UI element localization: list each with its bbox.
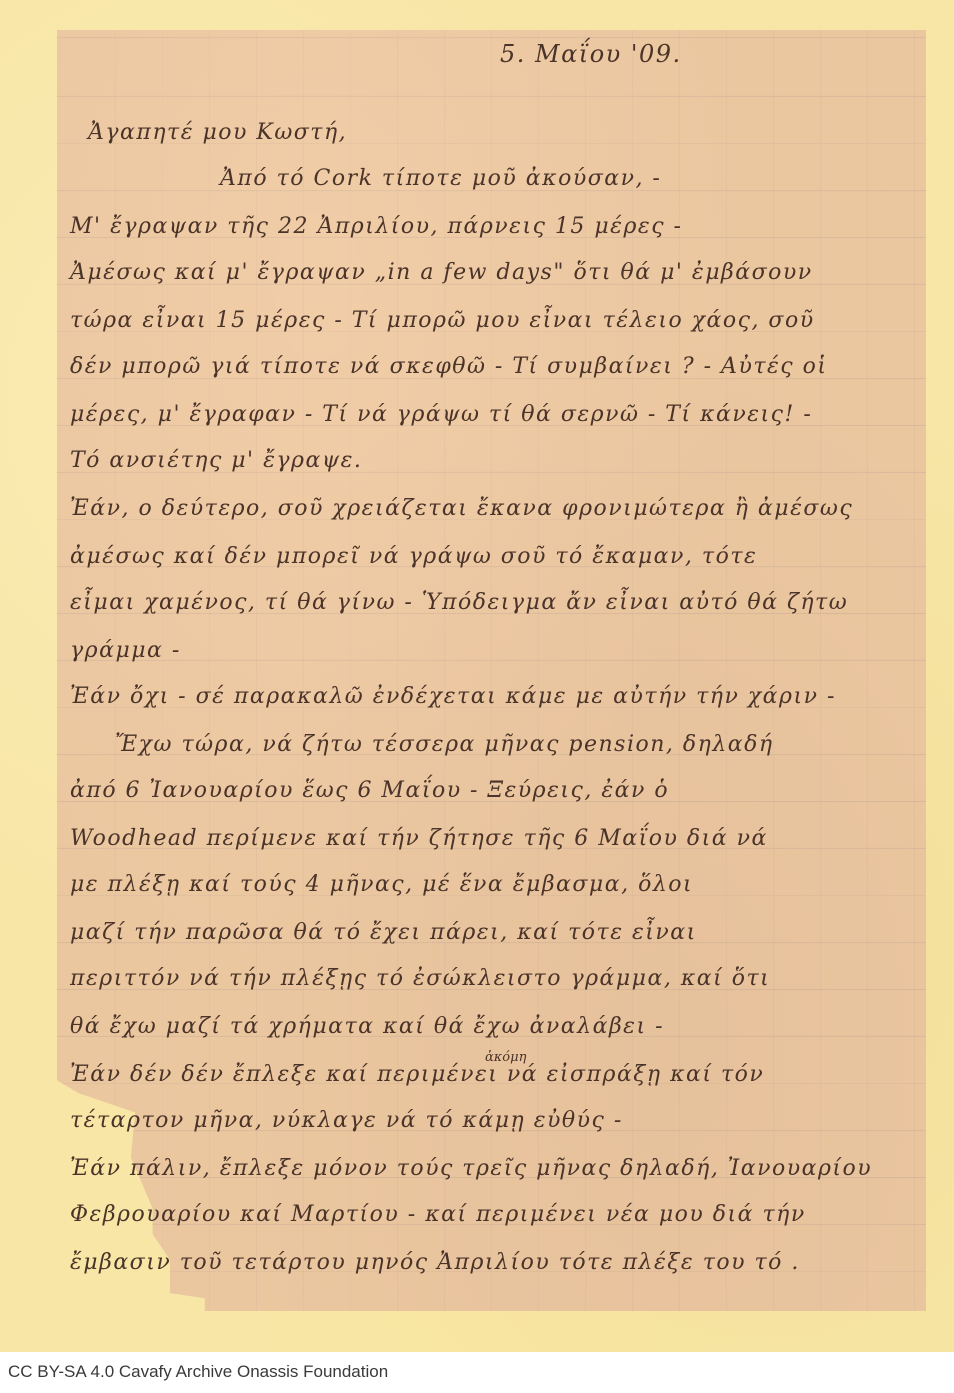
letter-line: Ἐάν πάλιν, ἔπλεξε μόνον τούς τρεῖς μῆνας… bbox=[70, 1158, 872, 1180]
document-viewer: 5. Μαΐου '09. Ἀγαπητέ μου Κωστή, Ἀπό τό … bbox=[0, 0, 954, 1393]
letter-line: γράμμα - bbox=[70, 640, 181, 662]
letter-line: Μ' ἔγραψαν τῆς 22 Ἀπριλίου, πάρνεις 15 μ… bbox=[70, 216, 682, 238]
letter-line: μέρες, μ' ἔγραφαν - Τί νά γράψω τί θά σε… bbox=[70, 404, 812, 426]
letter-line: Ἀπό τό Cork τίποτε μοῦ ἀκούσαν, - bbox=[220, 168, 661, 190]
letter-line: Ἔχω τώρα, νά ζήτω τέσσερα μῆνας pension,… bbox=[115, 734, 774, 756]
letter-line: ἔμβασιν τοῦ τετάρτου μηνός Ἀπριλίου τότε… bbox=[70, 1252, 800, 1274]
letter-line: με πλέξῃ καί τούς 4 μῆνας, μέ ἕνα ἔμβασμ… bbox=[70, 874, 693, 896]
letter-line: Ἐάν δέν δέν ἔπλεξε καί περιμένει νά εἰσπ… bbox=[70, 1064, 764, 1086]
letter-line: εἶμαι χαμένος, τί θά γίνω - Ὑπόδειγμα ἄν… bbox=[70, 592, 848, 614]
letter-line: Woodhead περίμενε καί τήν ζήτησε τῆς 6 Μ… bbox=[70, 828, 768, 850]
letter-line: θά ἔχω μαζί τά χρήματα καί θά ἔχω ἀναλάβ… bbox=[70, 1016, 664, 1038]
letter-line: ἀμέσως καί δέν μπορεῖ νά γράψω σοῦ τό ἔκ… bbox=[70, 546, 757, 568]
license-caption: CC BY-SA 4.0 Cavafy Archive Onassis Foun… bbox=[8, 1362, 388, 1382]
letter-salutation: Ἀγαπητέ μου Κωστή, bbox=[88, 122, 347, 144]
letter-line: τέταρτον μῆνα, νύκλαγε νά τό κάμῃ εὐθύς … bbox=[70, 1110, 623, 1132]
letter-line: Τό ανσιέτης μ' ἔγραψε. bbox=[70, 450, 362, 472]
letter-line: Φεβρουαρίου καί Μαρτίου - καί περιμένει … bbox=[70, 1204, 806, 1226]
letter-line: Ἐάν, ο δεύτερο, σοῦ χρειάζεται ἔκανα φρο… bbox=[70, 498, 853, 520]
letter-line: ἀπό 6 Ἰανουαρίου ἕως 6 Μαΐου - Ξεύρεις, … bbox=[70, 780, 669, 802]
letter-line: μαζί τήν παρῶσα θά τό ἔχει πάρει, καί τό… bbox=[70, 922, 697, 944]
letter-date: 5. Μαΐου '09. bbox=[500, 42, 682, 66]
letter-line: δέν μπορῶ γιά τίποτε νά σκεφθῶ - Τί συμβ… bbox=[70, 356, 827, 378]
letter-line: Ἀμέσως καί μ' ἔγραψαν „in a few days" ὅτ… bbox=[70, 262, 813, 284]
letter-line: περιττόν νά τήν πλέξῃς τό ἐσώκλειστο γρά… bbox=[70, 968, 770, 990]
letter-line: τώρα εἶναι 15 μέρες - Τί μπορῶ μου εἶναι… bbox=[70, 310, 815, 332]
letter-line: Ἐάν ὄχι - σέ παρακαλῶ ἐνδέχεται κάμε με … bbox=[70, 686, 836, 708]
